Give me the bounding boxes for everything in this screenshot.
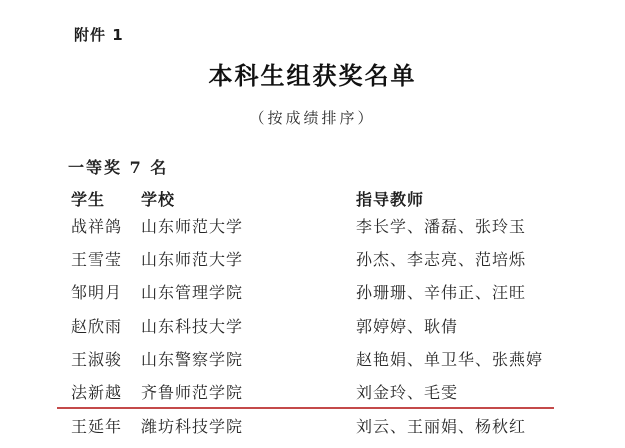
school-cell: 山东管理学院	[141, 280, 243, 303]
advisors-cell: 刘金玲、毛雯	[356, 380, 458, 403]
advisors-cell: 赵艳娟、单卫华、张燕婷	[356, 347, 543, 370]
advisors-cell: 孙杰、李志亮、范培烁	[356, 247, 526, 270]
school-cell: 潍坊科技学院	[141, 414, 243, 437]
advisors-cell: 孙珊珊、辛伟正、汪旺	[356, 280, 526, 303]
student-name-cell: 王雪莹	[71, 247, 122, 270]
page-title: 本科生组获奖名单	[0, 56, 625, 91]
attachment-label: 附件 1	[74, 24, 124, 45]
school-cell: 山东师范大学	[141, 214, 243, 237]
column-header-student: 学生	[71, 187, 105, 210]
table-row: 王淑骏 山东警察学院 赵艳娟、单卫华、张燕婷	[0, 347, 625, 369]
school-cell: 山东科技大学	[141, 314, 243, 337]
student-name-cell: 赵欣雨	[71, 314, 122, 337]
student-name-cell: 邹明月	[71, 280, 122, 303]
document-page: 附件 1 本科生组获奖名单 （按成绩排序） 一等奖 7 名 学生 学校 指导教师…	[0, 0, 625, 448]
table-row: 战祥鸽 山东师范大学 李长学、潘磊、张玲玉	[0, 214, 625, 236]
page-subtitle: （按成绩排序）	[0, 107, 625, 128]
table-row: 王延年 潍坊科技学院 刘云、王丽娟、杨秋红	[0, 414, 625, 436]
column-header-school: 学校	[141, 187, 175, 210]
table-header-row: 学生 学校 指导教师	[0, 187, 625, 209]
student-name-cell: 战祥鸽	[71, 214, 122, 237]
student-name-cell: 王延年	[71, 414, 122, 437]
table-row: 王雪莹 山东师范大学 孙杰、李志亮、范培烁	[0, 247, 625, 269]
school-cell: 山东警察学院	[141, 347, 243, 370]
section-heading-first-prize: 一等奖 7 名	[68, 155, 168, 178]
table-row: 邹明月 山东管理学院 孙珊珊、辛伟正、汪旺	[0, 280, 625, 302]
advisors-cell: 李长学、潘磊、张玲玉	[356, 214, 526, 237]
column-header-advisor: 指导教师	[356, 187, 424, 210]
school-cell: 山东师范大学	[141, 247, 243, 270]
table-row: 法新越 齐鲁师范学院 刘金玲、毛雯	[0, 380, 625, 402]
table-row: 赵欣雨 山东科技大学 郭婷婷、耿倩	[0, 314, 625, 336]
student-name-cell: 法新越	[71, 380, 122, 403]
student-name-cell: 王淑骏	[71, 347, 122, 370]
advisors-cell: 刘云、王丽娟、杨秋红	[356, 414, 526, 437]
advisors-cell: 郭婷婷、耿倩	[356, 314, 458, 337]
red-divider-line	[57, 407, 554, 409]
school-cell: 齐鲁师范学院	[141, 380, 243, 403]
